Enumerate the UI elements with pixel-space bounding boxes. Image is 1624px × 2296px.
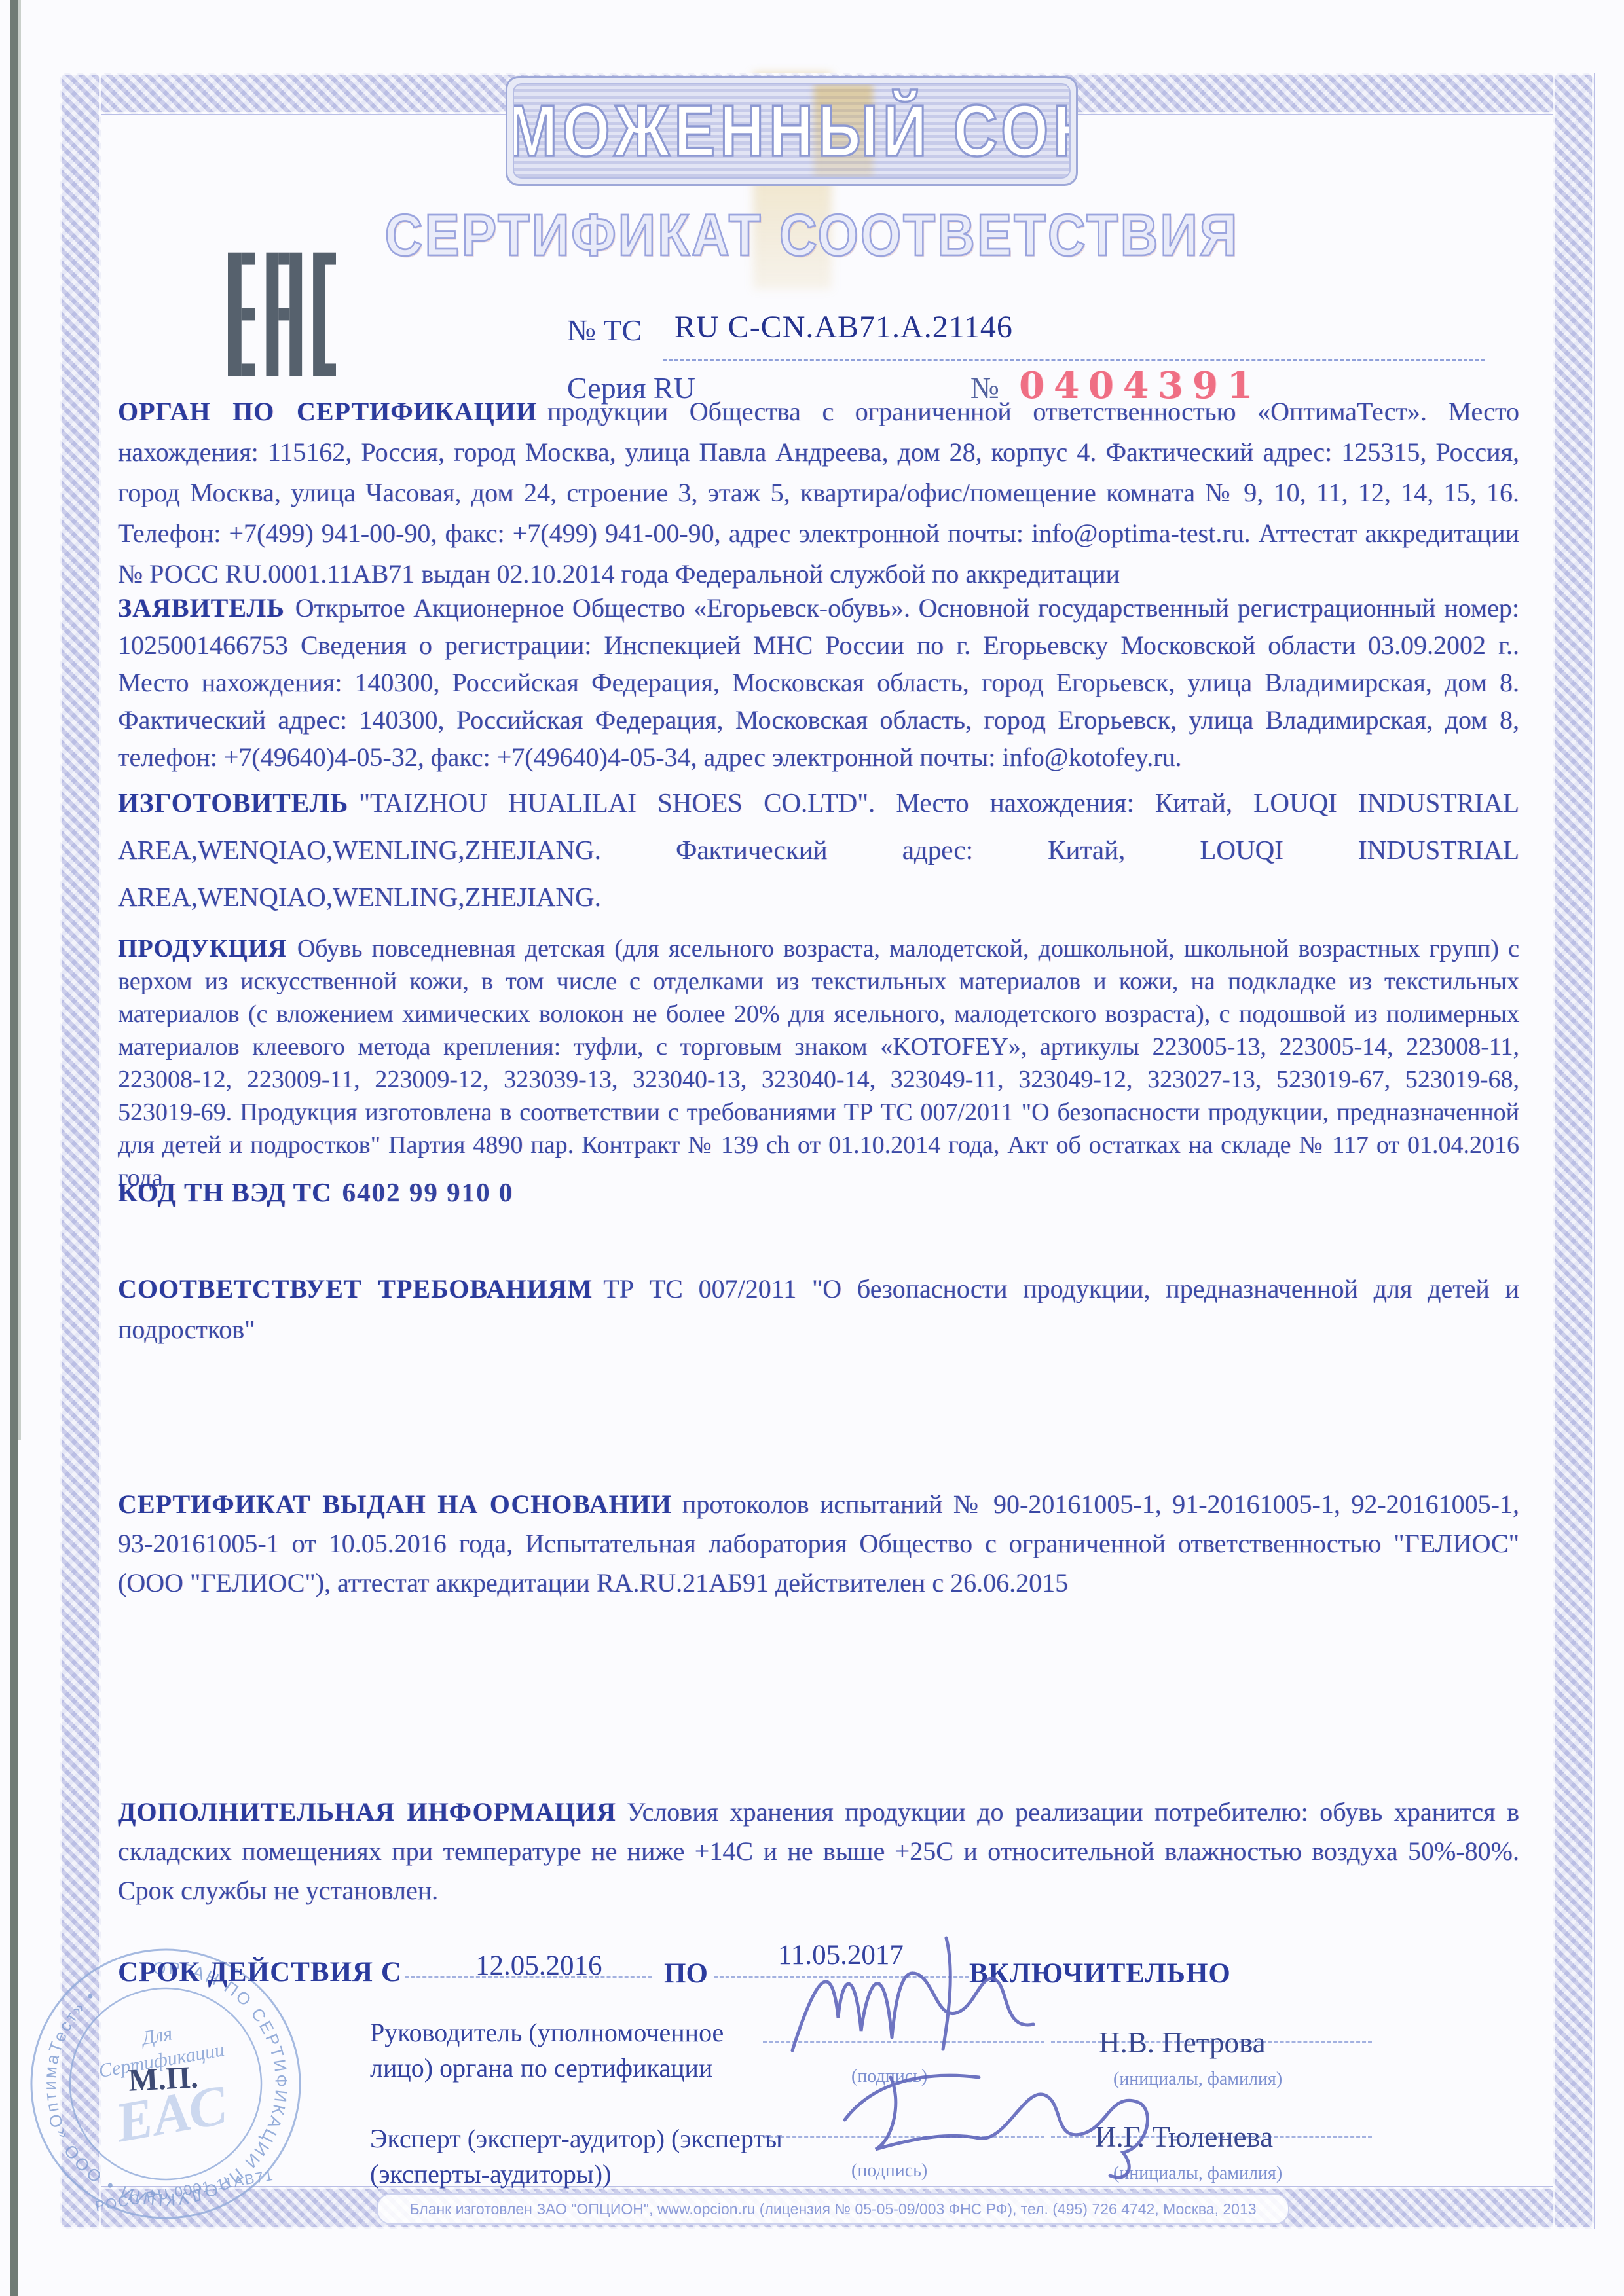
customs-union-banner: ТАМОЖЕННЫЙ СОЮЗ — [506, 76, 1078, 186]
customs-union-banner-inner: ТАМОЖЕННЫЙ СОЮЗ — [513, 83, 1071, 179]
section-production: ПРОДУКЦИЯОбувь повседневная детская (для… — [118, 932, 1519, 1194]
banner-title: ТАМОЖЕННЫЙ СОЮЗ — [513, 89, 1071, 172]
section-applicant-heading: ЗАЯВИТЕЛЬ — [118, 593, 285, 623]
section-tnved-code: КОД ТН ВЭД ТС6402 99 910 0 — [118, 1176, 1519, 1209]
head-role-label: Руководитель (уполномоченное лицо) орган… — [370, 2015, 763, 2086]
stamp-place-label: М.П. — [128, 2059, 199, 2099]
section-issue-basis-heading: СЕРТИФИКАТ ВЫДАН НА ОСНОВАНИИ — [118, 1489, 672, 1519]
scan-edge-artifact — [10, 0, 18, 2296]
section-additional-info-heading: ДОПОЛНИТЕЛЬНАЯ ИНФОРМАЦИЯ — [118, 1797, 616, 1827]
cert-number-underline — [663, 359, 1485, 361]
section-compliance: СООТВЕТСТВУЕТ ТРЕБОВАНИЯМТР ТС 007/2011 … — [118, 1269, 1519, 1350]
certificate-page: ТАМОЖЕННЫЙ СОЮЗ СЕРТИФИКАТ СООТВЕТСТВИЯ … — [0, 0, 1624, 2296]
expert-signature-handwriting — [828, 2041, 1208, 2192]
section-compliance-heading: СООТВЕТСТВУЕТ ТРЕБОВАНИЯМ — [118, 1274, 593, 1303]
footer-fine-print-pill: Бланк изготовлен ЗАО "ОПЦИОН", www.opcio… — [377, 2193, 1289, 2225]
section-manufacturer-heading: ИЗГОТОВИТЕЛЬ — [118, 788, 348, 818]
section-applicant: ЗАЯВИТЕЛЬОткрытое Акционерное Общество «… — [118, 589, 1519, 776]
section-production-heading: ПРОДУКЦИЯ — [118, 935, 287, 962]
tnved-code-value: 6402 99 910 0 — [342, 1177, 514, 1207]
section-manufacturer: ИЗГОТОВИТЕЛЬ"TAIZHOU HUALILAI SHOES CO.L… — [118, 779, 1519, 920]
stamp-inner-top-text: Для — [139, 2022, 174, 2049]
section-applicant-text: Открытое Акционерное Общество «Егорьевск… — [118, 593, 1519, 772]
footer-fine-print: Бланк изготовлен ЗАО "ОПЦИОН", www.opcio… — [409, 2200, 1256, 2218]
eac-mark-icon — [228, 249, 336, 380]
decorative-border-left — [60, 73, 101, 2229]
cert-number-value: RU C-CN.АВ71.А.21146 — [674, 309, 1013, 345]
validity-to-label: ПО — [664, 1958, 708, 1990]
expert-role-label: Эксперт (эксперт-аудитор) (эксперты (экс… — [370, 2121, 802, 2192]
section-certification-body: ОРГАН ПО СЕРТИФИКАЦИИпродукции Общества … — [118, 392, 1519, 594]
section-issue-basis: СЕРТИФИКАТ ВЫДАН НА ОСНОВАНИИпротоколов … — [118, 1485, 1519, 1603]
validity-from-date: 12.05.2016 — [475, 1950, 602, 1982]
tnved-code-heading: КОД ТН ВЭД ТС — [118, 1177, 332, 1207]
section-additional-info: ДОПОЛНИТЕЛЬНАЯ ИНФОРМАЦИЯУсловия хранени… — [118, 1793, 1519, 1910]
decorative-border-right — [1553, 73, 1594, 2229]
section-production-text: Обувь повседневная детская (для ясельног… — [118, 935, 1519, 1192]
section-certification-body-heading: ОРГАН ПО СЕРТИФИКАЦИИ — [118, 397, 537, 426]
validity-label: СРОК ДЕЙСТВИЯ С — [118, 1956, 402, 1988]
cert-number-label: № ТС — [567, 313, 642, 348]
